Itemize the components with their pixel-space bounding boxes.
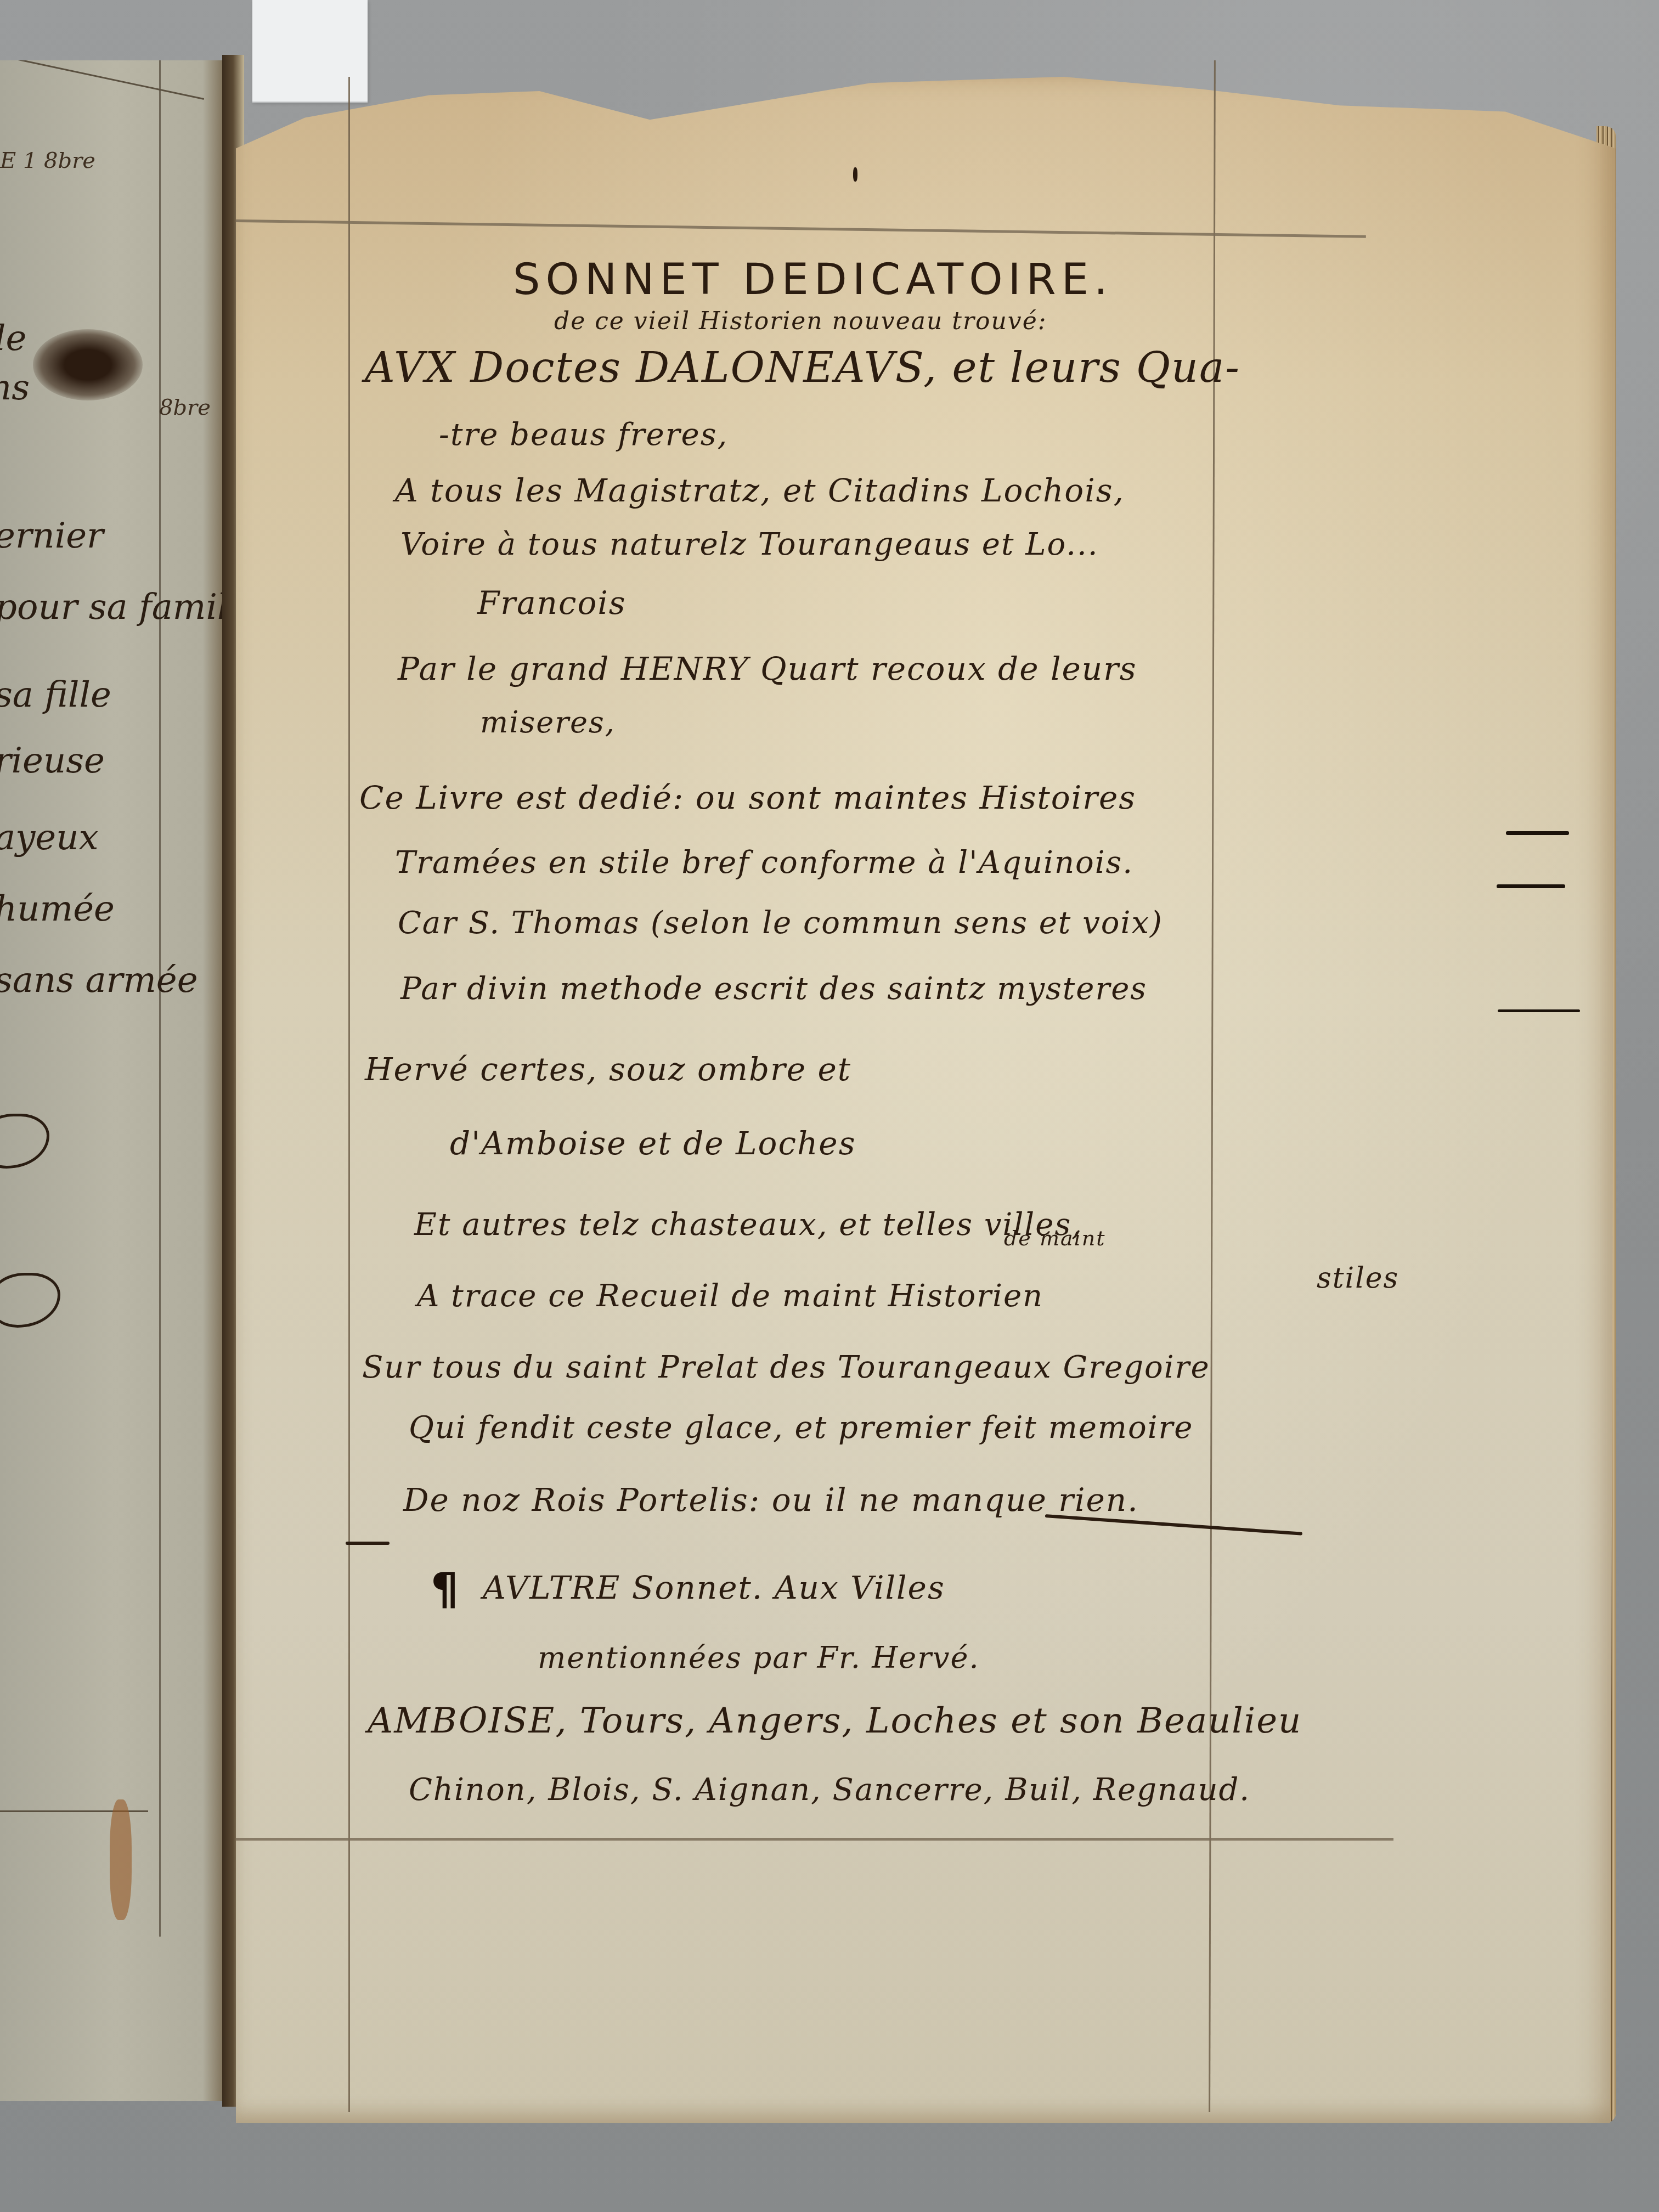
second-sonnet-subheading: mentionnées par Fr. Hervé. — [538, 1640, 980, 1675]
sonnet-subtitle: de ce vieil Historien nouveau trouvé: — [554, 307, 1047, 335]
verse-line: Hervé certes, souz ombre et — [365, 1051, 851, 1088]
left-fragment: E 1 8bre — [0, 148, 95, 173]
second-sonnet-heading: AVLTRE Sonnet. Aux Villes — [483, 1569, 945, 1606]
margin-tick-mark — [1497, 884, 1565, 888]
verse-line: AMBOISE, Tours, Angers, Loches et son Be… — [368, 1701, 1302, 1741]
verse-line: Tramées en stile bref conforme à l'Aquin… — [395, 845, 1133, 881]
left-fragment: ayeux — [0, 817, 99, 858]
left-fragment: humée — [0, 889, 115, 929]
ink-mark — [853, 167, 857, 182]
paper-slip — [252, 0, 368, 103]
verse-line: d'Amboise et de Loches — [450, 1125, 856, 1162]
stain — [110, 1799, 132, 1920]
verse-line: De noz Rois Portelis: ou il ne manque ri… — [403, 1481, 1139, 1519]
margin-tick-mark — [1506, 831, 1569, 835]
verse-line: Par divin methode escrit des saintz myst… — [400, 971, 1147, 1007]
verse-line: Sur tous du saint Prelat des Tourangeaux… — [362, 1350, 1210, 1385]
interlinear-insertion: de maint — [1004, 1226, 1105, 1250]
left-fragment: sa fille — [0, 675, 111, 715]
left-fragment: ernier — [0, 516, 104, 556]
left-page: E 1 8bre le ns 8bre ernier pour sa famil… — [0, 60, 230, 2101]
left-page-top-rule — [0, 60, 204, 100]
bottom-rule — [236, 1838, 1393, 1841]
left-fragment: rieuse — [0, 741, 105, 781]
left-fragment: le — [0, 318, 26, 359]
verse-line: Ce Livre est dedié: ou sont maintes Hist… — [359, 779, 1136, 816]
paragraph-mark-icon: ¶ — [431, 1564, 459, 1615]
left-fragment: ns — [0, 368, 30, 408]
verse-line: Chinon, Blois, S. Aignan, Sancerre, Buil… — [409, 1772, 1250, 1808]
sonnet-title: SONNET DEDICATOIRE. — [513, 255, 1113, 304]
verse-line: A tous les Magistratz, et Citadins Locho… — [395, 472, 1125, 509]
flourish-mark — [0, 1114, 49, 1169]
left-fragment: pour sa famille — [0, 587, 230, 628]
flourish-mark — [0, 1273, 60, 1328]
verse-line: Voire à tous naturelz Tourangeaus et Lo.… — [400, 527, 1099, 562]
verse-line: Francois — [477, 584, 627, 622]
ink-blot — [33, 329, 143, 400]
verse-line: Car S. Thomas (selon le commun sens et v… — [398, 905, 1163, 941]
verse-line: miseres, — [480, 705, 616, 740]
verse-line: Par le grand HENRY Quart recoux de leurs — [398, 650, 1137, 687]
left-fragment: 8bre — [159, 395, 211, 420]
underline-stroke — [346, 1542, 390, 1545]
margin-tick-mark — [1498, 1009, 1580, 1012]
verse-line: A trace ce Recueil de maint Historien — [417, 1278, 1043, 1314]
verse-line: Et autres telz chasteaux, et telles vill… — [414, 1207, 1082, 1243]
margin-note: stiles — [1317, 1262, 1399, 1295]
left-fragment: sans armée — [0, 960, 198, 1001]
verse-line: AVX Doctes DALONEAVS, et leurs Qua- — [365, 343, 1240, 392]
verse-line: Qui fendit ceste glace, et premier feit … — [409, 1410, 1194, 1446]
left-margin-rule — [348, 77, 350, 2112]
verse-line: -tre beaus freres, — [439, 417, 728, 453]
